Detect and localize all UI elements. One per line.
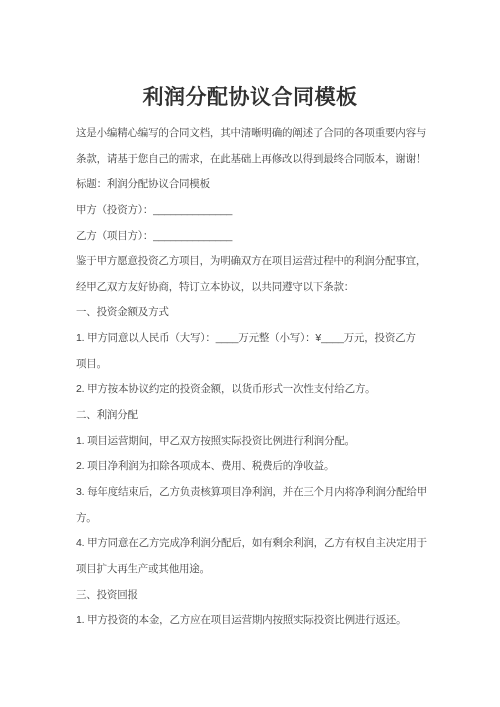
- document-line-s2-item4b: 项目扩大再生产或其他用途。: [76, 557, 426, 583]
- document-line-intro-2: 条款，请基于您自己的需求，在此基础上再修改以得到最终合同版本，谢谢！: [76, 147, 426, 173]
- document-body: 这是小编精心编写的合同文档，其中清晰明确的阐述了合同的各项重要内容与 条款，请基…: [76, 121, 426, 634]
- document-line-party-b: 乙方（项目方）：______________: [76, 224, 426, 250]
- document-line-preamble-2: 经甲乙双方友好协商，特订立本协议，以共同遵守以下条款：: [76, 275, 426, 301]
- document-line-s2-item1: 1. 项目运营期间，甲乙双方按照实际投资比例进行利润分配。: [76, 429, 426, 455]
- document-line-s1-item1a: 1. 甲方同意以人民币（大写）：____万元整（小写）：¥____万元，投资乙方: [76, 326, 426, 352]
- document-line-section-2: 二、利润分配: [76, 403, 426, 429]
- document-line-s2-item3a: 3. 每年度结束后，乙方负责核算项目净利润，并在三个月内将净利润分配给甲: [76, 480, 426, 506]
- document-line-s1-item2: 2. 甲方按本协议约定的投资金额，以货币形式一次性支付给乙方。: [76, 377, 426, 403]
- document-line-subtitle: 标题：利润分配协议合同模板: [76, 172, 426, 198]
- document-line-s2-item2: 2. 项目净利润为扣除各项成本、费用、税费后的净收益。: [76, 454, 426, 480]
- document-line-s2-item4a: 4. 甲方同意在乙方完成净利润分配后，如有剩余利润，乙方有权自主决定用于: [76, 531, 426, 557]
- document-line-party-a: 甲方（投资方）：______________: [76, 198, 426, 224]
- document-line-preamble-1: 鉴于甲方愿意投资乙方项目，为明确双方在项目运营过程中的利润分配事宜，: [76, 249, 426, 275]
- document-line-s3-item1: 1. 甲方投资的本金，乙方应在项目运营期内按照实际投资比例进行返还。: [76, 608, 426, 634]
- document-line-section-3: 三、投资回报: [76, 583, 426, 609]
- document-line-intro-1: 这是小编精心编写的合同文档，其中清晰明确的阐述了合同的各项重要内容与: [76, 121, 426, 147]
- document-title: 利润分配协议合同模板: [0, 81, 500, 111]
- document-line-section-1: 一、投资金额及方式: [76, 300, 426, 326]
- document-line-s2-item3b: 方。: [76, 506, 426, 532]
- document-page: 利润分配协议合同模板 这是小编精心编写的合同文档，其中清晰明确的阐述了合同的各项…: [0, 0, 500, 707]
- document-line-s1-item1b: 项目。: [76, 352, 426, 378]
